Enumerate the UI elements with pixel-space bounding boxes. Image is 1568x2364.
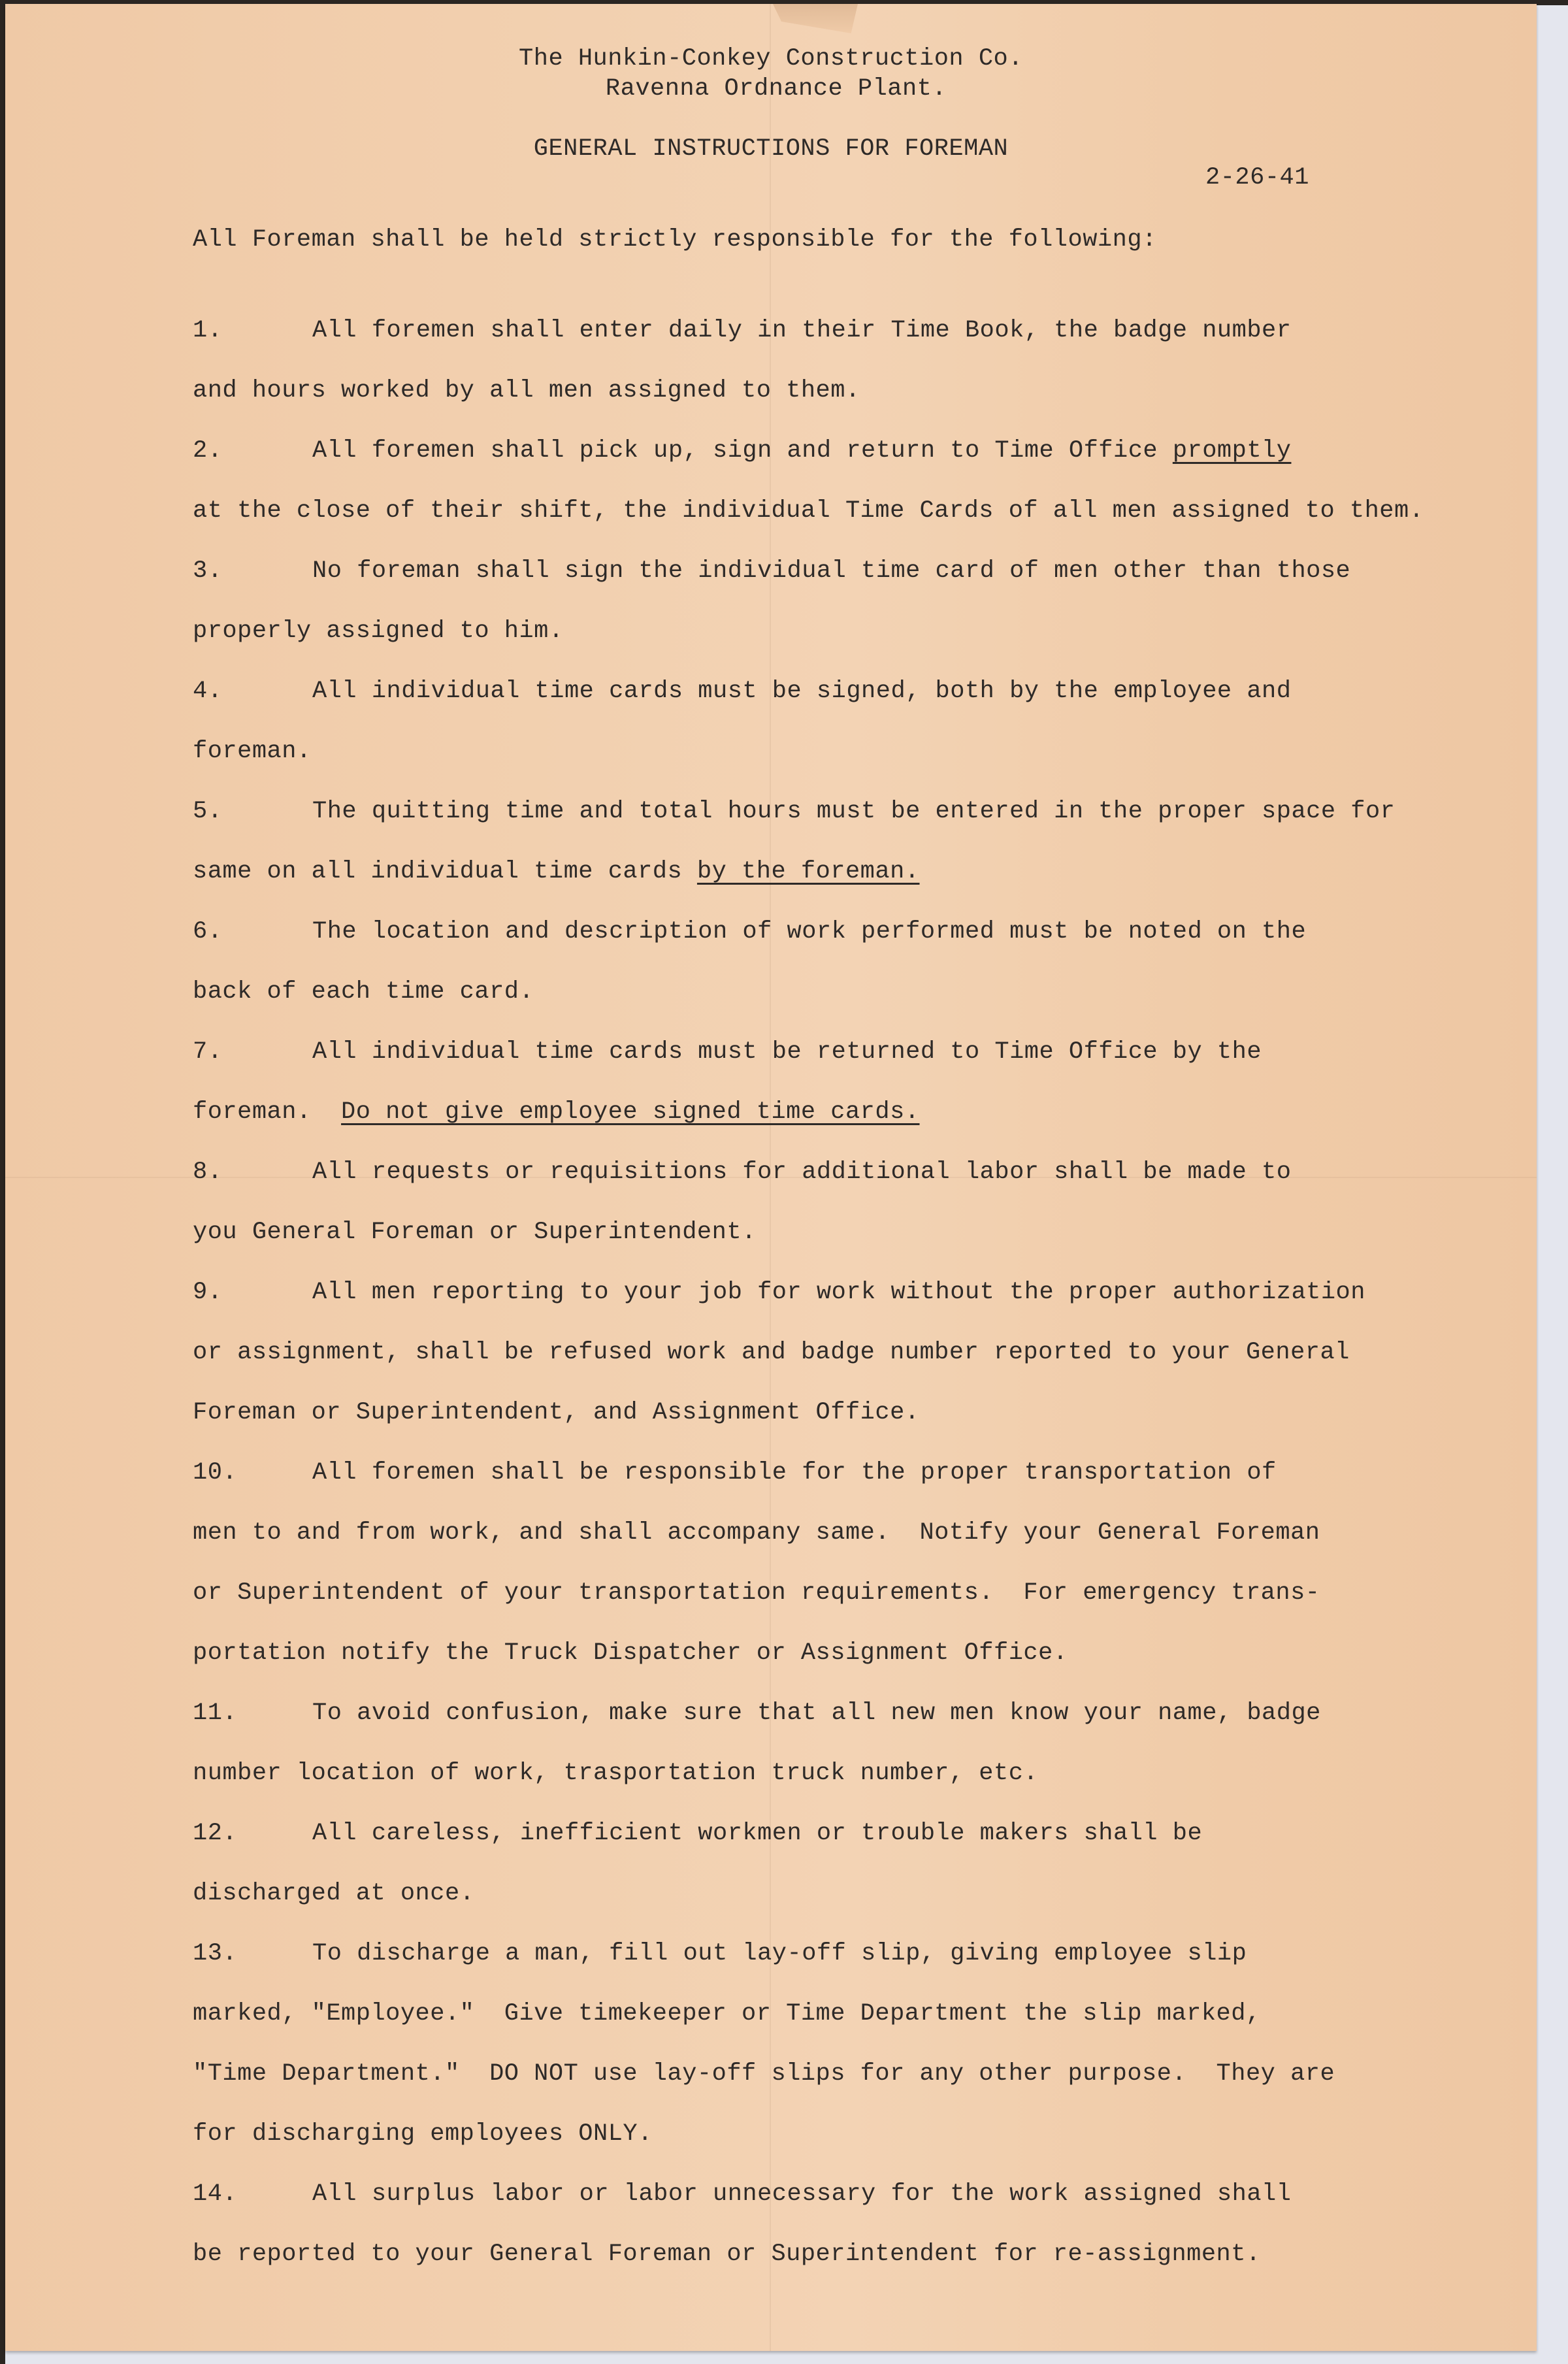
item-text: All requests or requisitions for additio… [312,1158,1291,1187]
document-title: GENERAL INSTRUCTIONS FOR FOREMAN [5,135,1537,163]
item-text: All foremen shall be responsible for the… [312,1458,1277,1487]
underlined-emphasis: promptly [1173,437,1292,465]
item-number: 4. [193,677,222,706]
item-text: Foreman or Superintendent, and Assignmen… [193,1398,919,1427]
item-number: 6. [193,917,222,946]
item-text: portation notify the Truck Dispatcher or… [193,1639,1068,1667]
item-number: 13. [193,1939,237,1968]
item-number: 5. [193,797,222,826]
item-number: 12. [193,1819,237,1848]
item-text: No foreman shall sign the individual tim… [312,557,1350,585]
item-number: 7. [193,1038,222,1066]
item-text: All careless, inefficient workmen or tro… [312,1819,1202,1848]
item-number: 9. [193,1278,222,1307]
item-text: number location of work, trasportation t… [193,1759,1038,1788]
item-number: 2. [193,436,222,465]
scan-left-edge [0,0,5,2364]
item-text: back of each time card. [193,977,534,1006]
item-text: To discharge a man, fill out lay-off sli… [312,1939,1247,1968]
item-text-plain: All foremen shall pick up, sign and retu… [312,437,1173,465]
document-date: 2-26-41 [1205,163,1309,192]
item-text: All foremen shall enter daily in their T… [312,316,1291,345]
item-text-plain: foreman. [193,1098,341,1126]
item-text: All individual time cards must be signed… [312,677,1291,706]
item-text: and hours worked by all men assigned to … [193,376,860,405]
plant-name: Ravenna Ordnance Plant. [5,74,1542,103]
item-number: 8. [193,1158,222,1187]
item-number: 10. [193,1458,237,1487]
item-text: All surplus labor or labor unnecessary f… [312,2180,1291,2208]
underlined-emphasis: by the foreman. [697,858,920,885]
item-text: foreman. [193,737,312,766]
item-text: be reported to your General Foreman or S… [193,2240,1261,2269]
item-text: for discharging employees ONLY. [193,2120,653,2148]
item-text-plain: same on all individual time cards [193,858,697,885]
item-number: 14. [193,2180,237,2208]
item-number: 11. [193,1699,237,1728]
item-text: The location and description of work per… [312,917,1306,946]
item-text: men to and from work, and shall accompan… [193,1519,1320,1547]
item-text: same on all individual time cards by the… [193,857,920,886]
item-text: you General Foreman or Superintendent. [193,1218,757,1247]
item-text: properly assigned to him. [193,617,564,646]
torn-notch [773,4,858,33]
item-text: All men reporting to your job for work w… [312,1278,1365,1307]
item-number: 1. [193,316,222,345]
item-text: or assignment, shall be refused work and… [193,1338,1350,1367]
item-text: foreman. Do not give employee signed tim… [193,1098,920,1126]
item-text: marked, "Employee." Give timekeeper or T… [193,1999,1261,2028]
item-text: To avoid confusion, make sure that all n… [312,1699,1321,1728]
item-text: All individual time cards must be return… [312,1038,1262,1066]
item-text: at the close of their shift, the individ… [193,497,1424,525]
item-text: discharged at once. [193,1879,474,1908]
item-text: or Superintendent of your transportation… [193,1579,1320,1607]
document-page: The Hunkin-Conkey Construction Co. Raven… [5,4,1537,2351]
underlined-emphasis: Do not give employee signed time cards. [341,1098,919,1126]
item-text: The quitting time and total hours must b… [312,797,1395,826]
item-text: All foremen shall pick up, sign and retu… [312,436,1291,465]
intro-text: All Foreman shall be held strictly respo… [193,225,1157,254]
item-number: 3. [193,557,222,585]
item-text: "Time Department." DO NOT use lay-off sl… [193,2060,1335,2088]
company-name: The Hunkin-Conkey Construction Co. [5,44,1537,73]
